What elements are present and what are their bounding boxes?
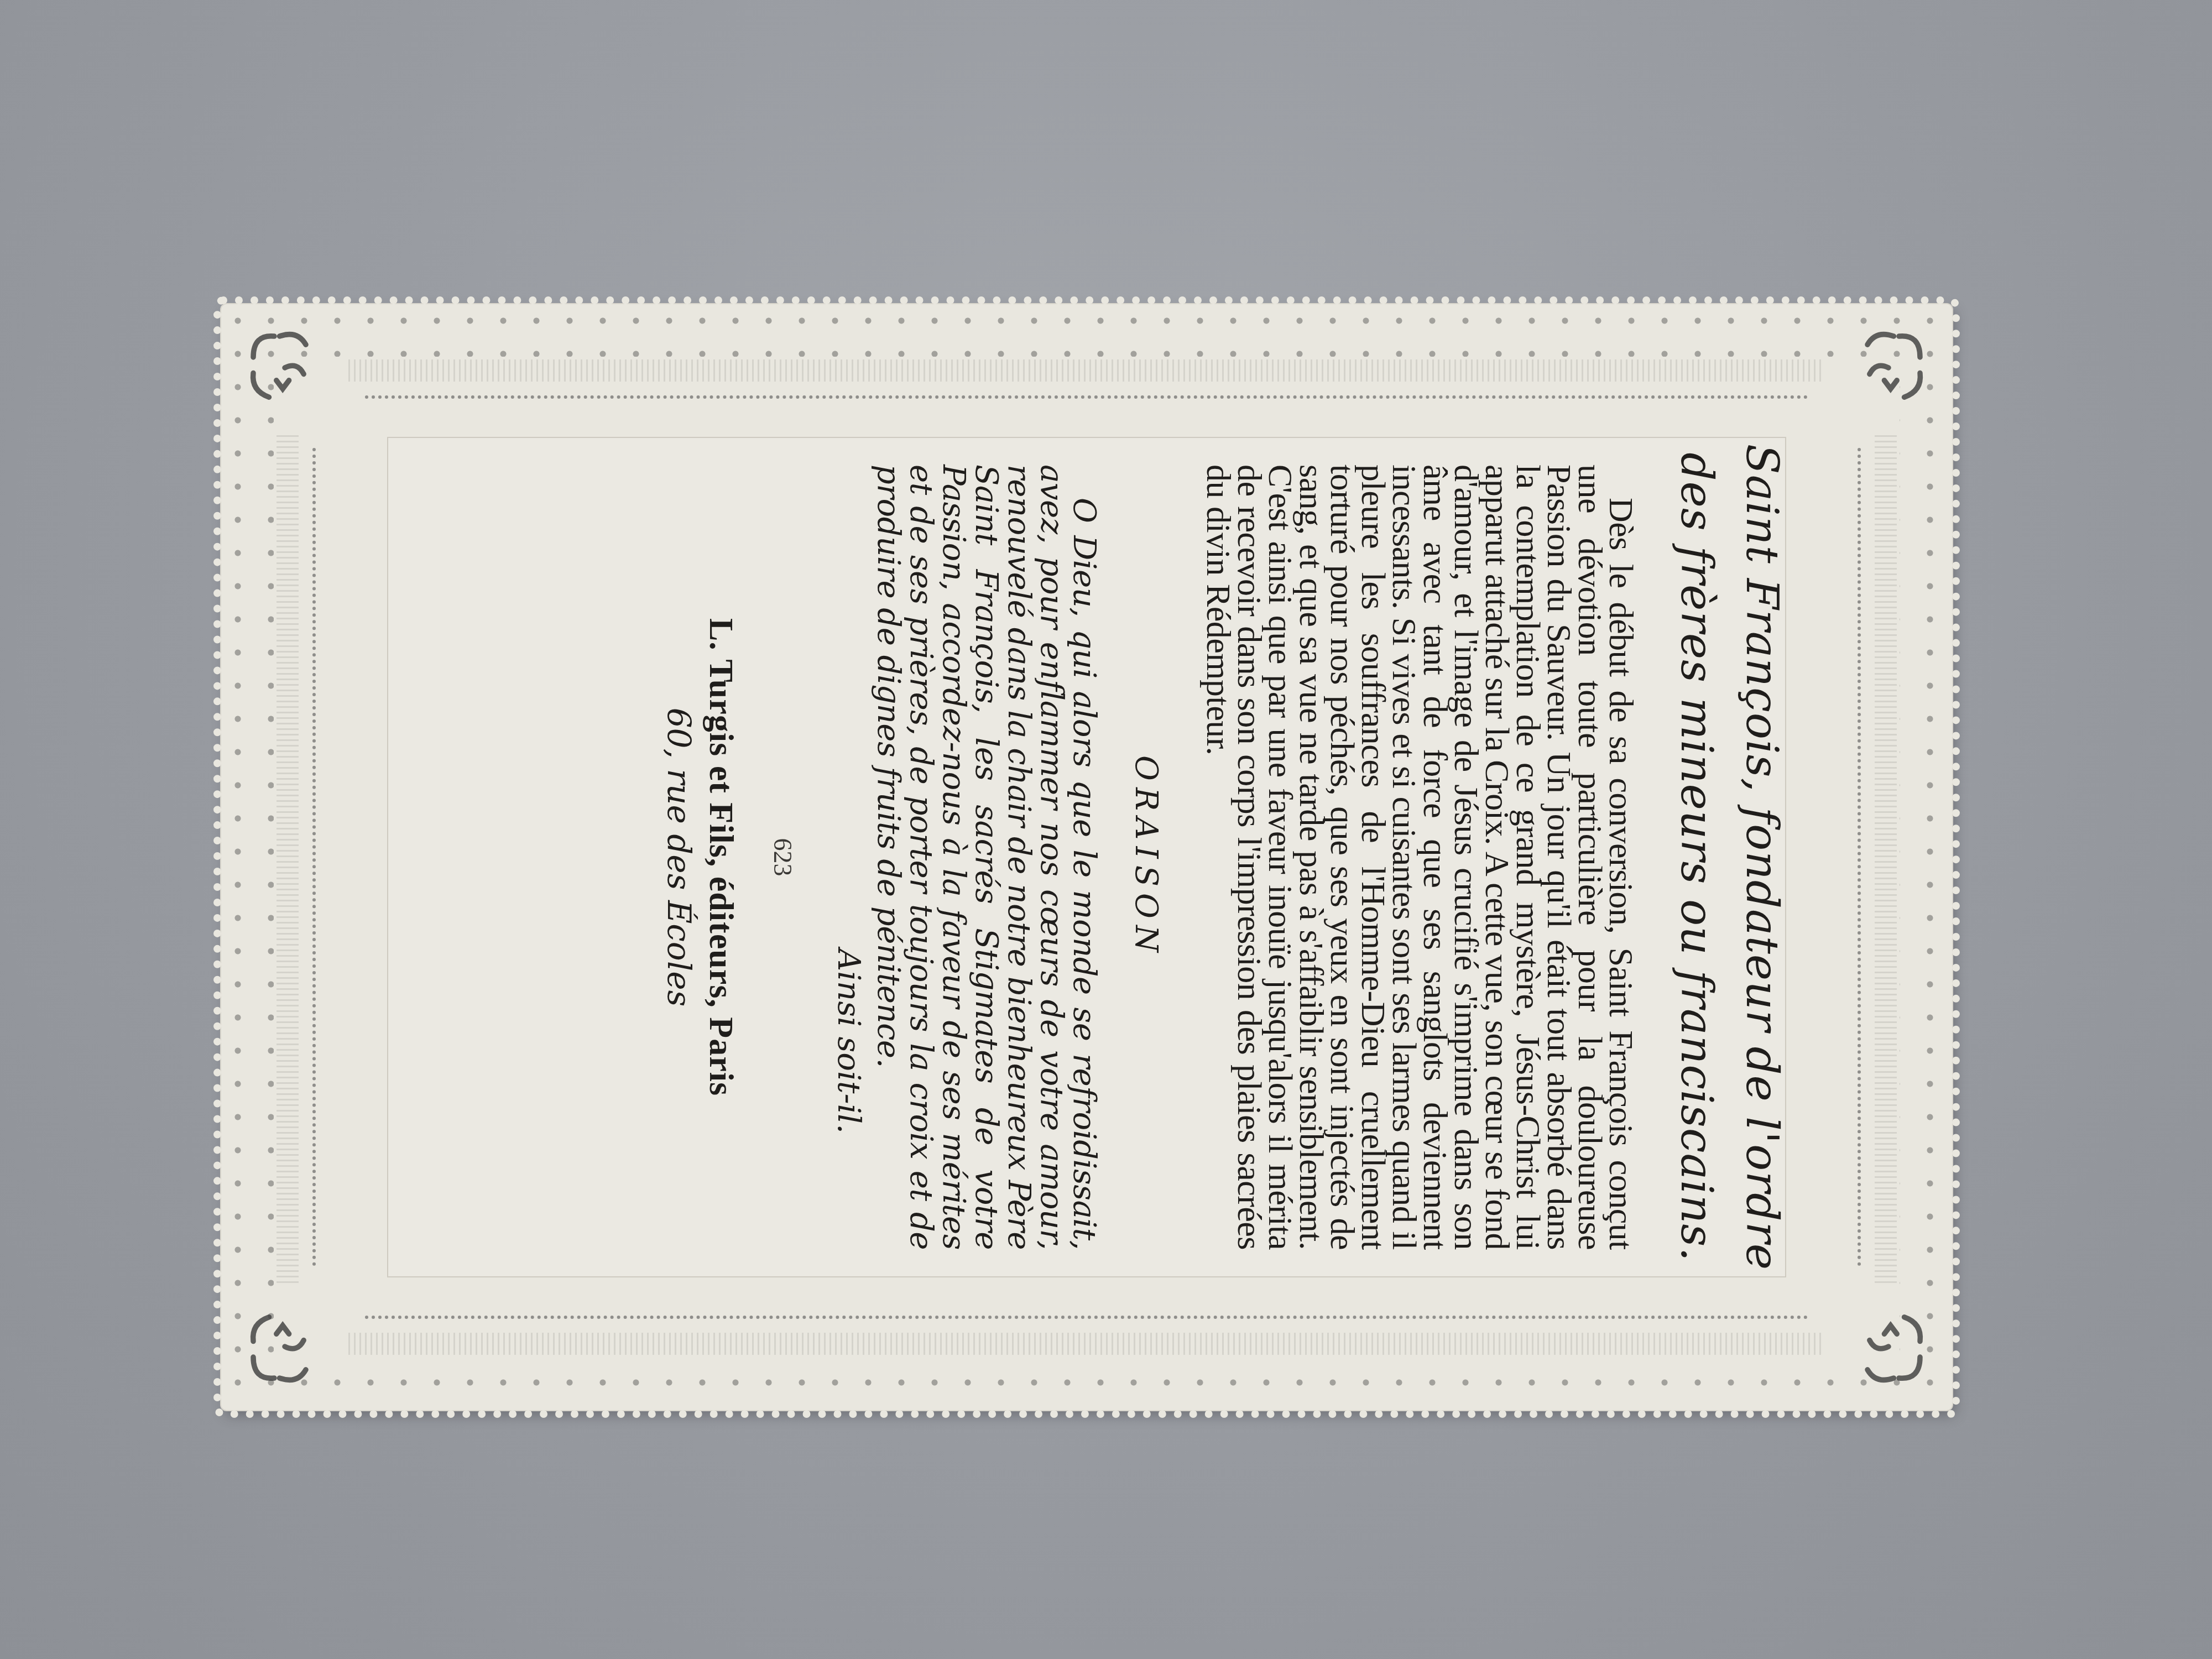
publisher-name: L. Turgis et Fils, éditeurs, Paris [701, 442, 740, 1272]
fleur-de-lis-corner-icon [1836, 315, 1941, 420]
biography-paragraph: Dès le début de sa conversion, Saint Fra… [1203, 465, 1636, 1250]
publisher-address: 60, rue des Écoles [660, 442, 698, 1272]
title-line-1: Saint François, fondateur de l'ordre [1736, 444, 1788, 1270]
fleur-de-lis-corner-icon [1836, 1294, 1941, 1399]
prayer-text: O Dieu, qui alors que le monde se refroi… [872, 465, 1100, 1250]
prayer-amen: Ainsi soit-il. [831, 442, 867, 1134]
perforation-row-top [365, 395, 1808, 399]
embossed-band-right [1875, 431, 1897, 1283]
fleur-de-lis-corner-icon [232, 315, 337, 420]
embossed-band-left [276, 431, 299, 1283]
prayer-heading: ORAISON [1128, 442, 1164, 1272]
title-line-2: des frères mineurs ou franciscains. [1671, 452, 1723, 1262]
holy-card: Saint François, fondateur de l'ordre des… [221, 304, 1952, 1410]
fleur-de-lis-corner-icon [232, 1294, 337, 1399]
card-title: Saint François, fondateur de l'ordre des… [1664, 442, 1794, 1272]
perforation-col-left [312, 448, 316, 1266]
embossed-band-top [348, 359, 1825, 382]
perforation-row-bottom [365, 1316, 1808, 1319]
catalog-number: 623 [768, 442, 797, 1272]
card-text-block: Saint François, fondateur de l'ordre des… [379, 442, 1794, 1272]
embossed-band-bottom [348, 1333, 1825, 1355]
perforation-col-right [1858, 448, 1861, 1266]
